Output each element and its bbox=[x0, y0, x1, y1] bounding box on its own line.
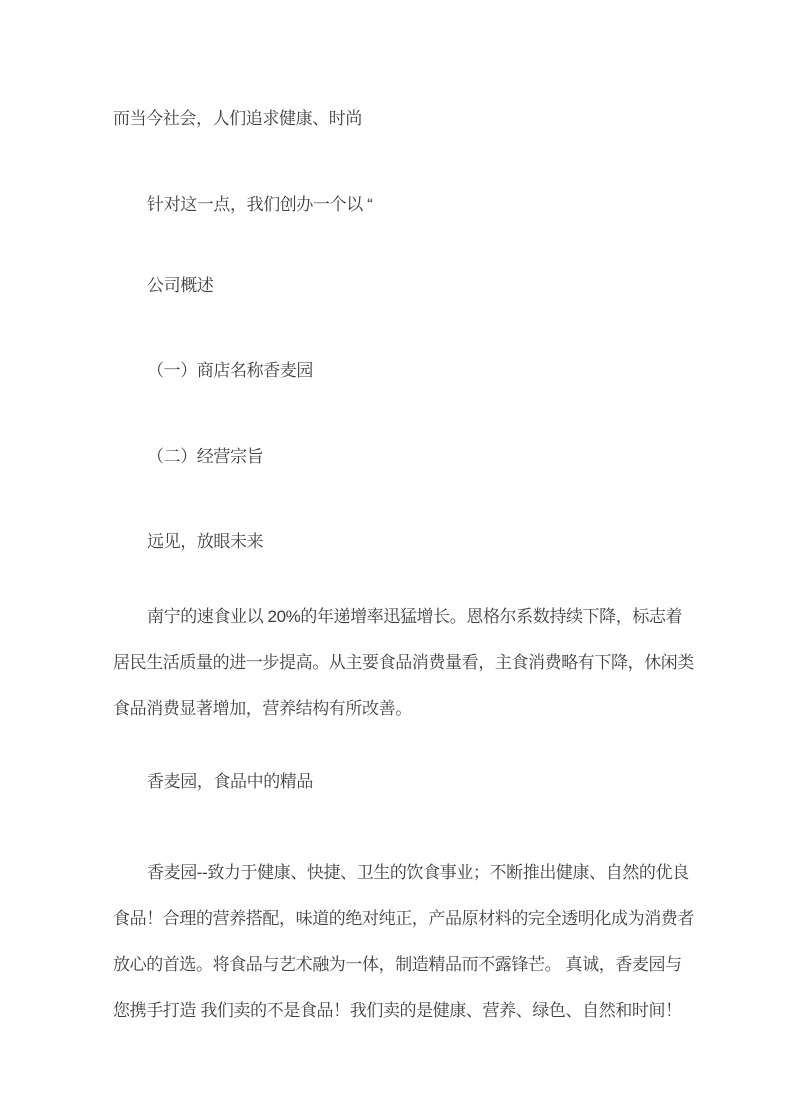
text-line: 南宁的速食业以 20%的年递增率迅猛增长。恩格尔系数持续下降，标志着 bbox=[113, 594, 694, 640]
para-founding-intent: 针对这一点，我们创办一个以 “ bbox=[113, 196, 372, 213]
heading-slogan: 香麦园，食品中的精品 bbox=[113, 773, 313, 790]
document-page: 而当今社会，人们追求健康、时尚 针对这一点，我们创办一个以 “ 公司概述 （一）… bbox=[0, 0, 792, 1120]
text-line: 您携手打造 我们卖的不是食品！我们卖的是健康、营养、绿色、自然和时间！ bbox=[113, 988, 694, 1034]
text-line: 香麦园--致力于健康、快捷、卫生的饮食事业；不断推出健康、自然的优良 bbox=[113, 850, 694, 896]
text-line: 放心的首选。将食品与艺术融为一体，制造精品而不露锋芒。 真诚，香麦园与 bbox=[113, 942, 694, 988]
para-brand-description: 香麦园--致力于健康、快捷、卫生的饮食事业；不断推出健康、自然的优良 食品！合理… bbox=[113, 850, 694, 1034]
text-line: 食品！合理的营养搭配，味道的绝对纯正，产品原材料的完全透明化成为消费者 bbox=[113, 896, 694, 942]
item-business-purpose: （二）经营宗旨 bbox=[113, 448, 263, 465]
para-market-analysis: 南宁的速食业以 20%的年递增率迅猛增长。恩格尔系数持续下降，标志着 居民生活质… bbox=[113, 594, 694, 732]
para-vision: 远见，放眼未来 bbox=[113, 533, 263, 550]
text-line: 居民生活质量的进一步提高。从主要食品消费量看，主食消费略有下降，休闲类 bbox=[113, 640, 694, 686]
heading-company-overview: 公司概述 bbox=[113, 277, 213, 294]
text-line: 食品消费显著增加，营养结构有所改善。 bbox=[113, 686, 694, 732]
para-society-trend: 而当今社会，人们追求健康、时尚 bbox=[113, 110, 362, 127]
item-store-name: （一）商店名称香麦园 bbox=[113, 362, 313, 379]
